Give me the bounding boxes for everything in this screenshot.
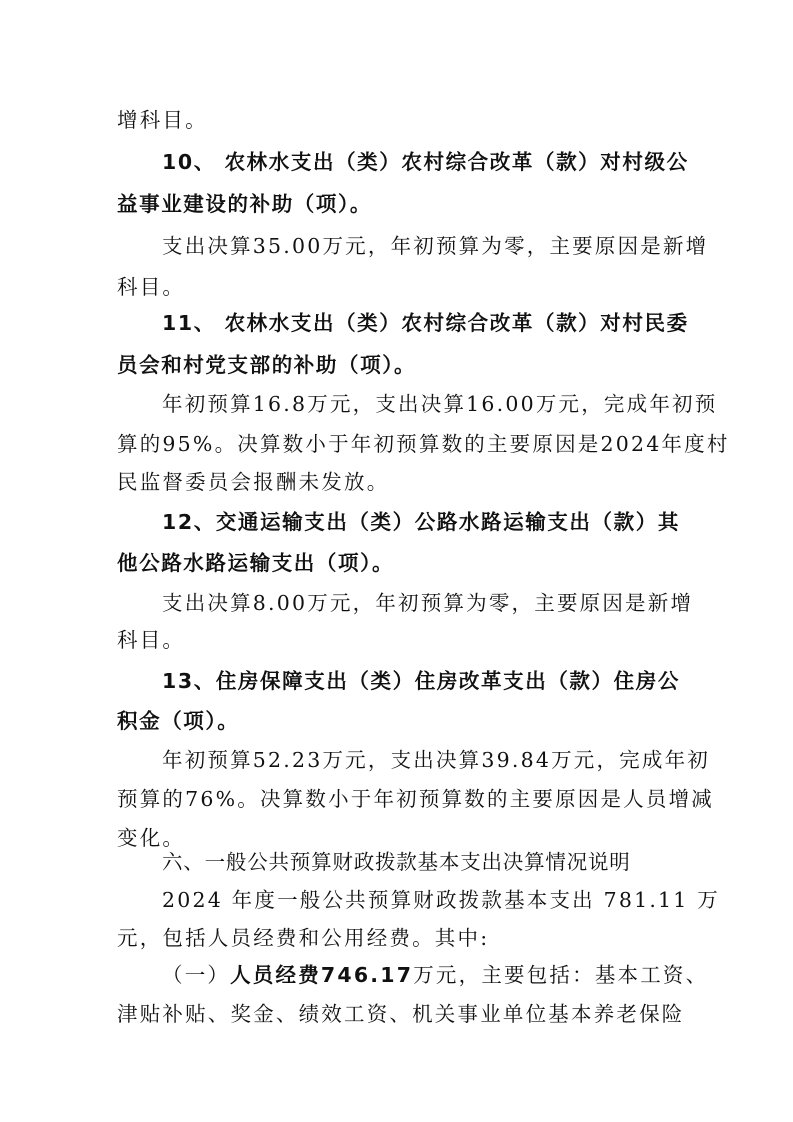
section-6-heading: 六、一般公共预算财政拨款基本支出决算情况说明	[162, 848, 702, 876]
item-10-text-cont: 科目。	[117, 273, 657, 301]
section-6-text: 2024 年度一般公共预算财政拨款基本支出 781.11 万	[162, 886, 702, 914]
item-10-heading-cont: 益事业建设的补助（项）。	[117, 190, 657, 218]
item-11-text-cont: 算的95%。决算数小于年初预算数的主要原因是2024年度村	[117, 430, 657, 458]
item-10-text: 支出决算35.00万元，年初预算为零，主要原因是新增	[162, 232, 702, 260]
personnel-expense-amount: 人员经费746.17	[230, 963, 413, 987]
item-12-heading: 12、交通运输支出（类）公路水路运输支出（款）其	[162, 508, 702, 536]
item-12-text: 支出决算8.00万元，年初预算为零，主要原因是新增	[162, 589, 702, 617]
personnel-expense-cont: 津贴补贴、奖金、绩效工资、机关事业单位基本养老保险	[117, 1000, 657, 1028]
item-13-text-cont: 预算的76%。决算数小于年初预算数的主要原因是人员增减	[117, 785, 657, 813]
item-11-heading-cont: 员会和村党支部的补助（项）。	[117, 351, 657, 379]
item-12-text-cont: 科目。	[117, 626, 657, 654]
personnel-suffix: 万元，主要包括：基本工资、	[413, 963, 708, 987]
item-12-heading-cont: 他公路水路运输支出（项）。	[117, 549, 657, 577]
item-11-heading: 11、 农林水支出（类）农村综合改革（款）对村民委	[162, 309, 702, 337]
item-11-text-cont2: 民监督委员会报酬未发放。	[117, 468, 657, 496]
item-13-text: 年初预算52.23万元，支出决算39.84万元，完成年初	[162, 746, 702, 774]
document-page: 增科目。 10、 农林水支出（类）农村综合改革（款）对村级公 益事业建设的补助（…	[0, 0, 793, 1122]
personnel-prefix: （一）	[162, 963, 230, 987]
item-11-text: 年初预算16.8万元，支出决算16.00万元，完成年初预	[162, 390, 702, 418]
paragraph-line: 增科目。	[117, 106, 657, 134]
personnel-expense-line: （一）人员经费746.17万元，主要包括：基本工资、	[162, 961, 702, 989]
item-13-heading: 13、住房保障支出（类）住房改革支出（款）住房公	[162, 667, 702, 695]
section-6-text-cont: 元，包括人员经费和公用经费。其中:	[117, 924, 657, 952]
item-13-heading-cont: 积金（项）。	[117, 707, 657, 735]
item-10-heading: 10、 农林水支出（类）农村综合改革（款）对村级公	[162, 148, 702, 176]
